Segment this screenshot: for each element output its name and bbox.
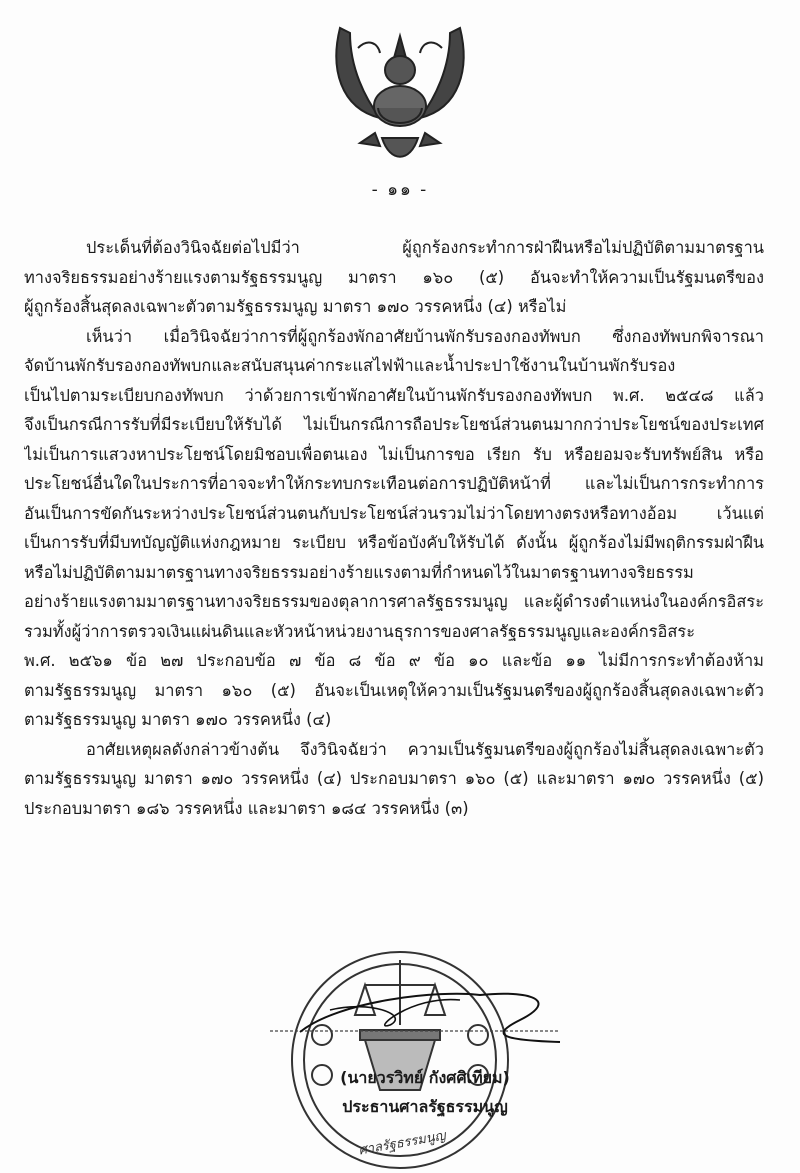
garuda-emblem-icon — [320, 8, 480, 168]
document-body: ประเด็นที่ต้องวินิจฉัยต่อไปมีว่า ผู้ถูกร… — [24, 233, 764, 823]
text-line: ประกอบมาตรา ๑๘๖ วรรคหนึ่ง และมาตรา ๑๘๔ ว… — [24, 794, 764, 824]
text-line: ตามรัฐธรรมนูญ มาตรา ๑๖๐ (๕) อันจะเป็นเหต… — [24, 676, 764, 706]
text-line: จัดบ้านพักรับรองกองทัพบกและสนับสนุนค่ากร… — [24, 351, 764, 381]
paragraph-reasoning: เห็นว่า เมื่อวินิจฉัยว่าการที่ผู้ถูกร้อง… — [24, 322, 764, 735]
text-line: ตามรัฐธรรมนูญ มาตรา ๑๗๐ วรรคหนึ่ง (๔) — [24, 705, 764, 735]
text-line: อันเป็นการขัดกันระหว่างประโยชน์ส่วนตนกับ… — [24, 499, 764, 529]
text-line: รวมทั้งผู้ว่าการตรวจเงินแผ่นดินและหัวหน้… — [24, 617, 764, 647]
signer-title: ประธานศาลรัฐธรรมนูญ — [260, 1095, 590, 1120]
text-line: ทางจริยธรรมอย่างร้ายแรงตามรัฐธรรมนูญ มาต… — [24, 263, 764, 293]
text-line: ผู้ถูกร้องสิ้นสุดลงเฉพาะตัวตามรัฐธรรมนูญ… — [24, 292, 764, 322]
paragraph-issue: ประเด็นที่ต้องวินิจฉัยต่อไปมีว่า ผู้ถูกร… — [24, 233, 764, 322]
text-line: เห็นว่า เมื่อวินิจฉัยว่าการที่ผู้ถูกร้อง… — [24, 322, 764, 352]
signer-name: (นายวรวิทย์ กังศศิเทียม) — [260, 1066, 590, 1091]
text-line: เป็นการรับที่มีบทบัญญัติแห่งกฎหมาย ระเบี… — [24, 528, 764, 558]
document-page: - ๑๑ - ประเด็นที่ต้องวินิจฉัยต่อไปมีว่า … — [0, 0, 800, 1173]
text-line: ไม่เป็นการแสวงหาประโยชน์โดยมิชอบเพื่อตนเ… — [24, 440, 764, 470]
page-number: - ๑๑ - — [0, 176, 800, 203]
text-line: ประโยชน์อื่นใดในประการที่อาจจะทำให้กระทบ… — [24, 469, 764, 499]
text-line: ตามรัฐธรรมนูญ มาตรา ๑๗๐ วรรคหนึ่ง (๔) ปร… — [24, 764, 764, 794]
text-line: ประเด็นที่ต้องวินิจฉัยต่อไปมีว่า ผู้ถูกร… — [24, 233, 764, 263]
signature-block: (นายวรวิทย์ กังศศิเทียม) ประธานศาลรัฐธรร… — [260, 940, 570, 1170]
text-line: พ.ศ. ๒๕๖๑ ข้อ ๒๗ ประกอบข้อ ๗ ข้อ ๘ ข้อ ๙… — [24, 646, 764, 676]
paragraph-ruling: อาศัยเหตุผลดังกล่าวข้างต้น จึงวินิจฉัยว่… — [24, 735, 764, 824]
text-line: อย่างร้ายแรงตามมาตรฐานทางจริยธรรมของตุลา… — [24, 587, 764, 617]
text-line: หรือไม่ปฏิบัติตามมาตรฐานทางจริยธรรมอย่าง… — [24, 558, 764, 588]
text-line: จึงเป็นกรณีการรับที่มีระเบียบให้รับได้ ไ… — [24, 410, 764, 440]
text-line: อาศัยเหตุผลดังกล่าวข้างต้น จึงวินิจฉัยว่… — [24, 735, 764, 765]
text-line: เป็นไปตามระเบียบกองทัพบก ว่าด้วยการเข้าพ… — [24, 381, 764, 411]
